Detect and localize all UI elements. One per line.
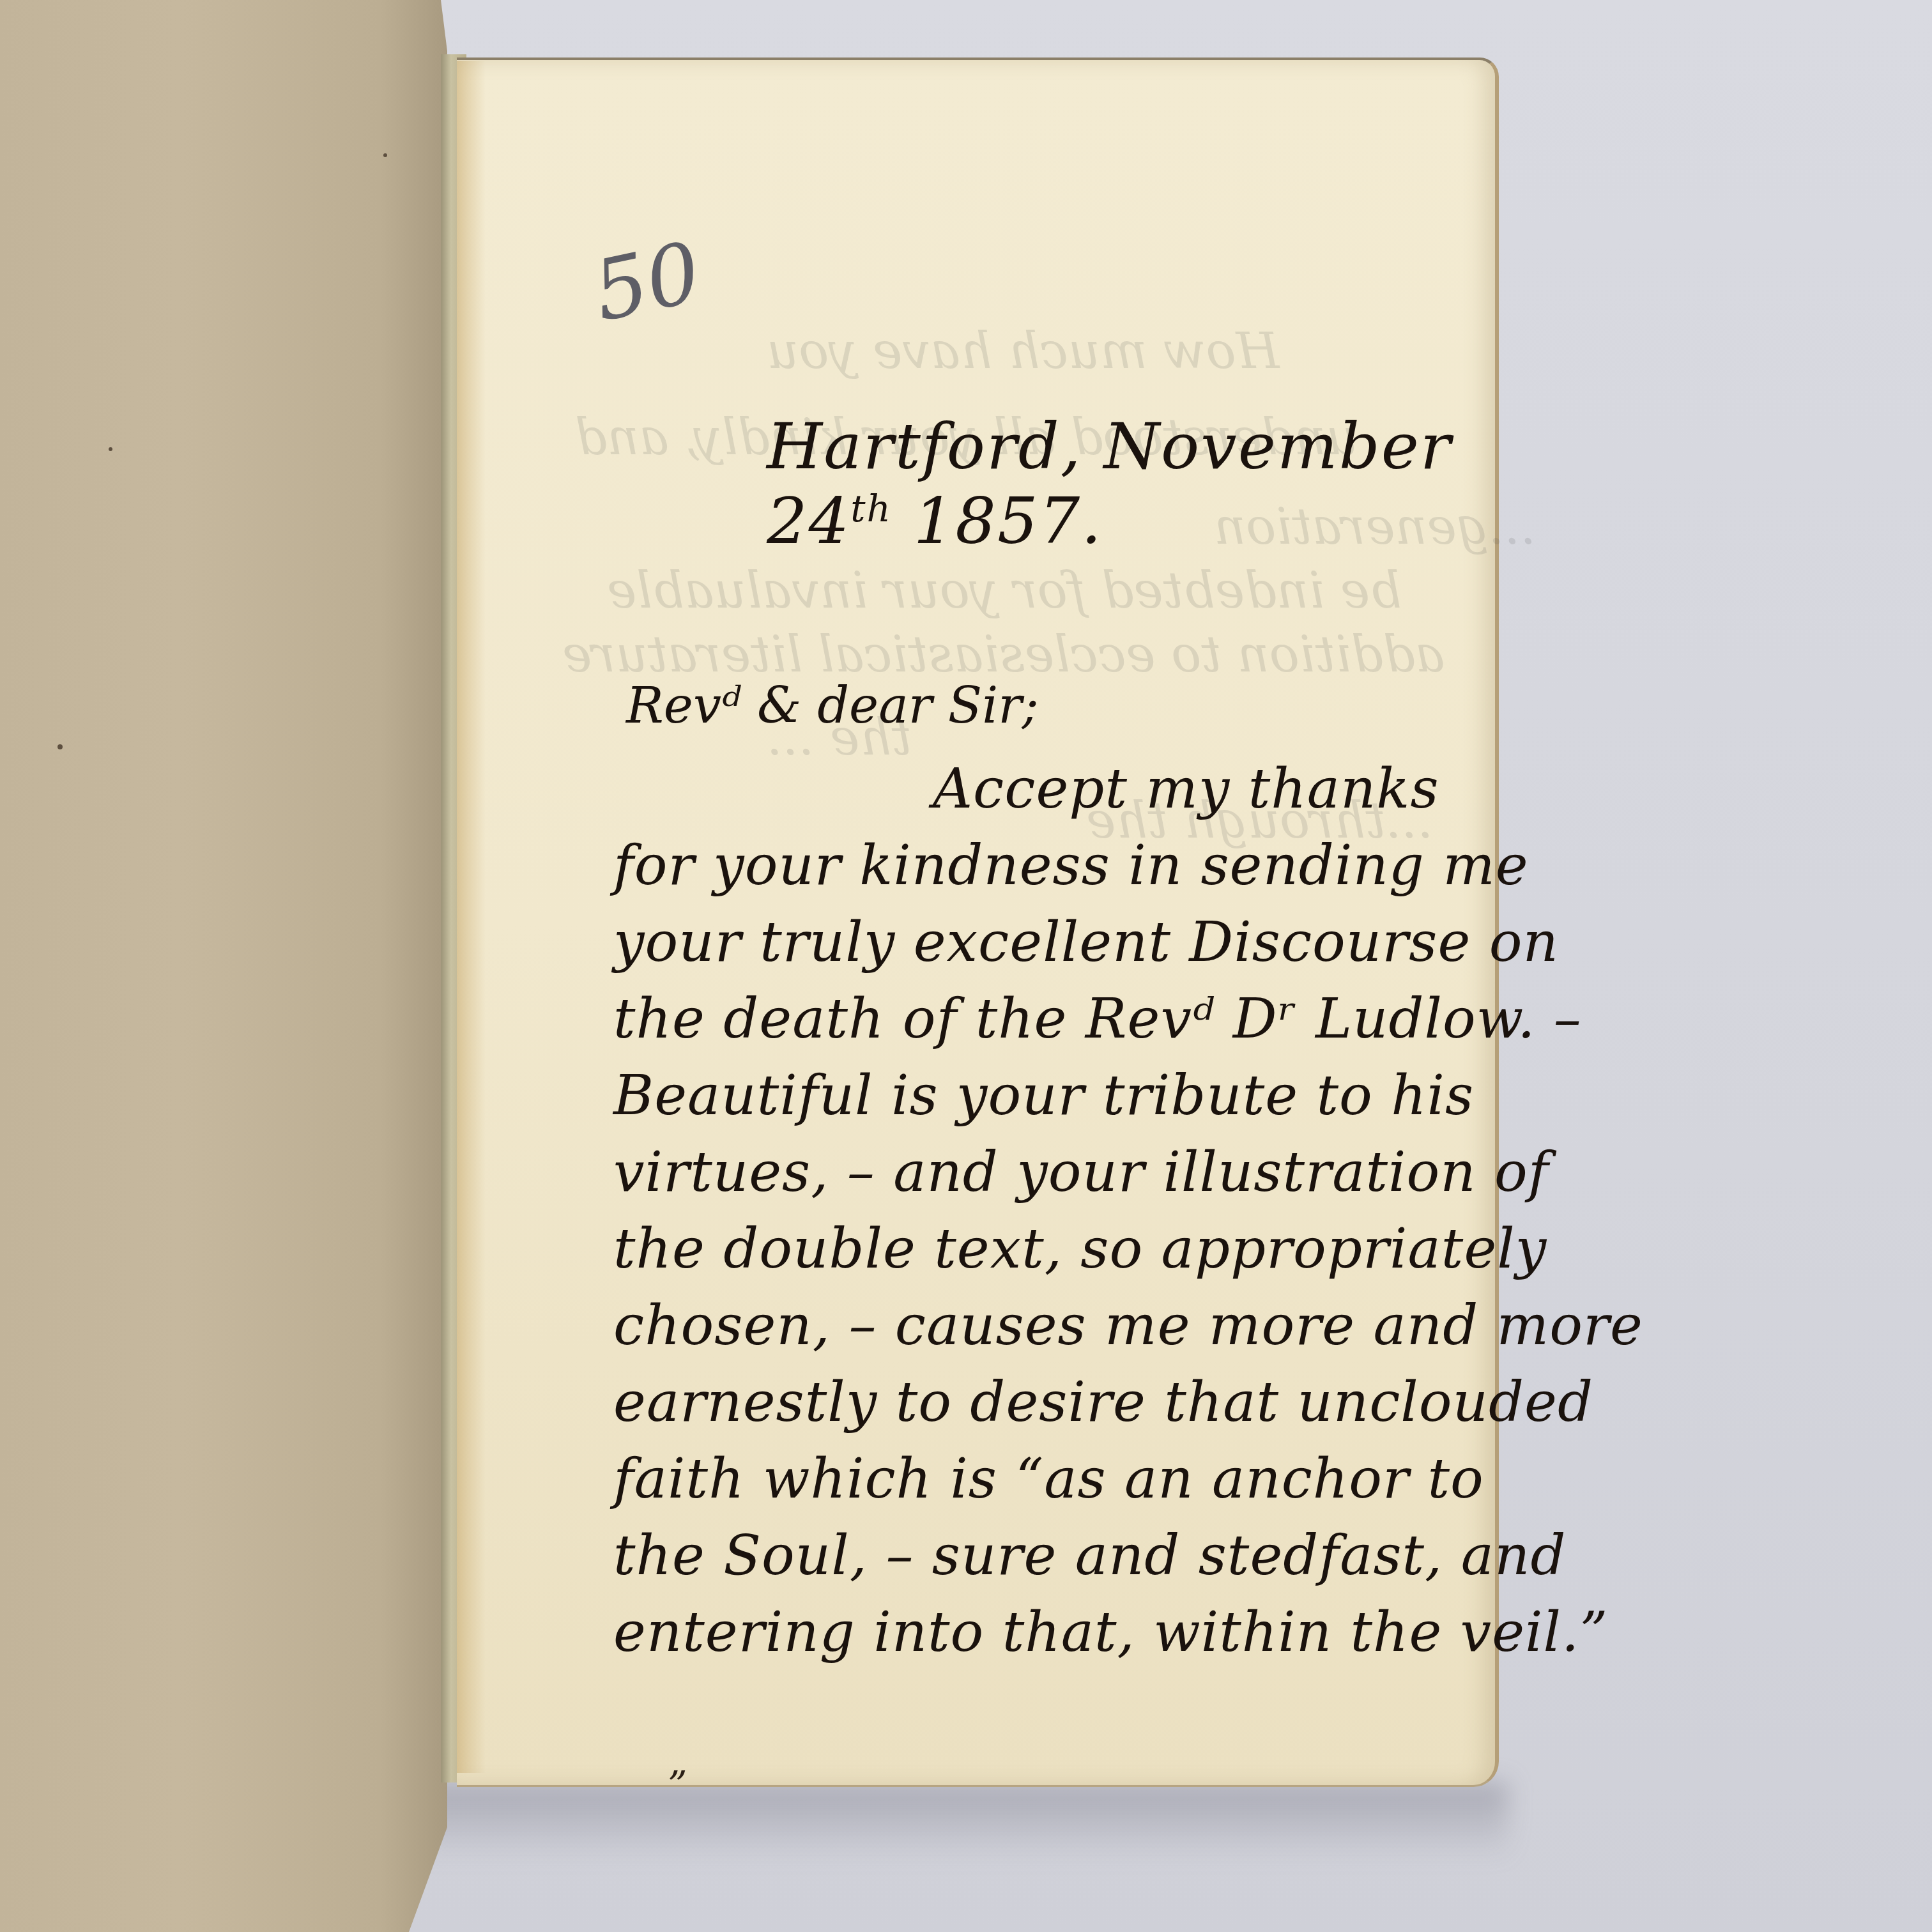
glue-stain [457, 61, 486, 1773]
body-line: the death of the Revᵈ Dʳ Ludlow. – [613, 987, 1582, 1051]
salutation: Revᵈ & dear Sir; [626, 677, 1039, 735]
body-line: Beautiful is your tribute to his [613, 1064, 1474, 1128]
date-place: Hartford, [767, 409, 1082, 484]
body-line: chosen, – causes me more and more [613, 1294, 1643, 1358]
body-line: virtues, – and your illustration of [613, 1140, 1549, 1204]
letter-text: Hartford, November 24th 1857. Revᵈ & dea… [575, 0, 1495, 1932]
body-line: entering into that, within the veil.” [613, 1600, 1608, 1664]
body-line: the Soul, – sure and stedfast, and [613, 1524, 1567, 1588]
body-line: Accept my thanks [933, 757, 1439, 821]
foxing-spot [57, 744, 63, 749]
body-line: earnestly to desire that unclouded [613, 1370, 1593, 1434]
body-line: the double text, so appropriately [613, 1217, 1547, 1281]
foxing-spot [383, 153, 387, 157]
dateline: Hartford, November 24th 1857. [767, 409, 1495, 558]
left-endpaper [0, 0, 447, 1932]
body-line: for your kindness in sending me [613, 834, 1529, 898]
date-year: 1857. [914, 484, 1103, 558]
closing-quote-mark: ” [668, 1763, 687, 1808]
body-line: your truly excellent Discourse on [613, 910, 1559, 974]
body-line: faith which is “as an anchor to [613, 1447, 1484, 1511]
date-day: 24 [767, 484, 850, 558]
foxing-spot [109, 447, 112, 451]
date-day-suffix: th [850, 487, 892, 530]
date-month: November [1103, 409, 1452, 484]
